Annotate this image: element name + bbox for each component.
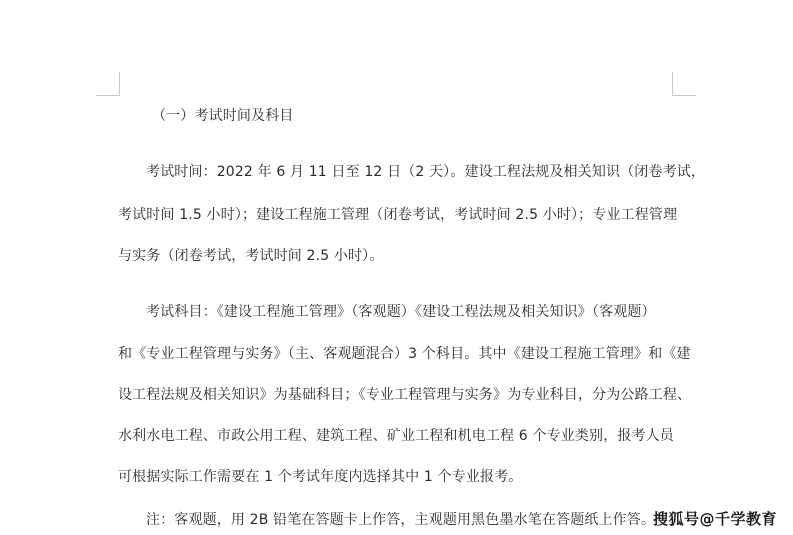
paragraph-line: 注：客观题，用 2B 铅笔在答题卡上作答，主观题用黑色墨水笔在答题纸上作答。 — [146, 511, 706, 529]
paragraph-line: 考试科目：《建设工程施工管理》（客观题）《建设工程法规及相关知识》（客观题） — [146, 303, 706, 321]
paragraph-line: 与实务（闭卷考试，考试时间 2.5 小时）。 — [118, 247, 678, 265]
paragraph-line: 可根据实际工作需要在 1 个考试年度内选择其中 1 个专业报考。 — [118, 468, 678, 486]
paragraph-line: 设工程法规及相关知识》为基础科目；《专业工程管理与实务》为专业科目，分为公路工程… — [118, 386, 678, 404]
paragraph-line: 和《专业工程管理与实务》（主、客观题混合）3 个科目。其中《建设工程施工管理》和… — [118, 345, 678, 363]
paragraph-line: 考试时间：2022 年 6 月 11 日至 12 日（2 天）。建设工程法规及相… — [146, 163, 706, 181]
margin-corner-mark-top-left — [96, 72, 120, 96]
paragraph-line: 考试时间 1.5 小时）；建设工程施工管理（闭卷考试，考试时间 2.5 小时）；… — [118, 206, 678, 224]
document-page: （一）考试时间及科目 考试时间：2022 年 6 月 11 日至 12 日（2 … — [0, 0, 793, 535]
section-heading: （一）考试时间及科目 — [152, 107, 712, 125]
paragraph-line: 水利水电工程、市政公用工程、建筑工程、矿业工程和机电工程 6 个专业类别，报考人… — [118, 427, 678, 445]
watermark: 搜狐号@千学教育 — [653, 508, 777, 529]
margin-corner-mark-top-right — [672, 72, 696, 96]
